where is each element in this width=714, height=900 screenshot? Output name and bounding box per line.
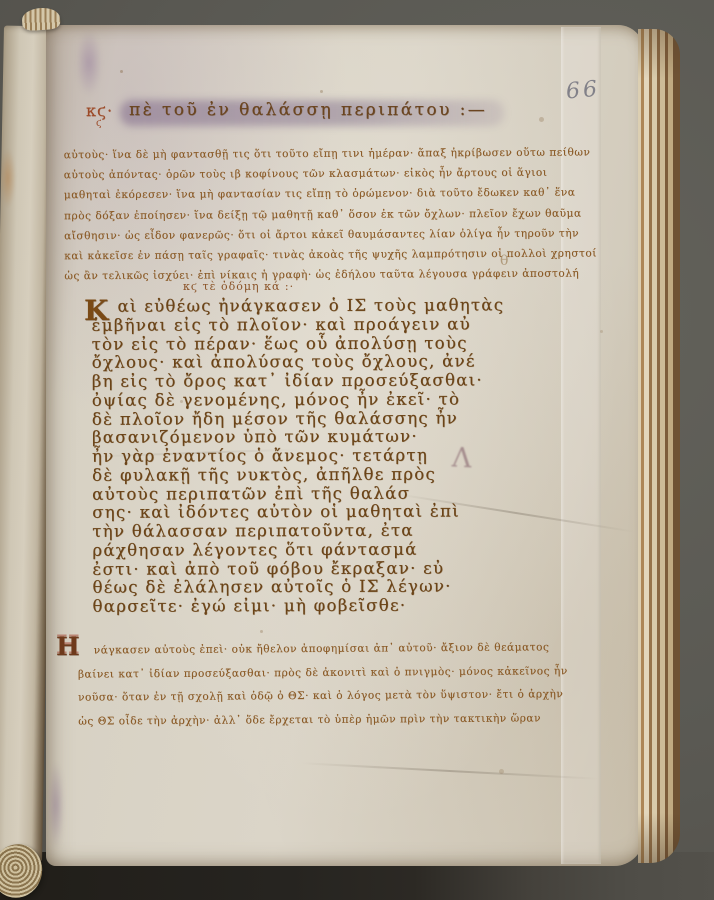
commentary-line: αὐτοὺς· ἵνα δὲ μὴ φαντασθῇ τις ὅτι τοῦτο…	[64, 143, 522, 166]
gospel-line: αὶ εὐθέως ἠνάγκασεν ὁ ΙΣ τοὺς μαθητὰς	[91, 296, 515, 316]
ink-bleed-mark	[0, 148, 16, 208]
gospel-line: θέως δὲ ἐλάλησεν αὐτοῖς ὁ ΙΣ λέγων·	[92, 578, 516, 598]
commentary-line: καὶ κἀκεῖσε ἐν πάσῃ ταῖς γραφαῖς· τινὰς …	[64, 244, 522, 267]
margin-stain-lambda: Λ	[451, 443, 472, 475]
gospel-line: ἐμβῆναι εἰς τὸ πλοῖον· καὶ προάγειν αὐ	[92, 315, 516, 335]
gospel-line: ἐστι· καὶ ἀπὸ τοῦ φόβου ἔκραξαν· εὐ	[92, 559, 516, 579]
folio-number: 66	[565, 77, 601, 105]
commentary-line: αἴσθησιν· ὡς εἶδον φανερῶς· ὅτι οἱ ἄρτοι…	[64, 224, 522, 247]
commentary-line: ὡς ΘΣ οἶδε τὴν ἀρχὴν· ἀλλ᾽ ὅδε ἔρχεται τ…	[78, 707, 528, 734]
chapter-number-flourish: ϛ	[96, 118, 102, 129]
chapter-title: πὲ τοῦ ἐν θαλάσσῃ περιπάτου :—	[129, 100, 487, 120]
commentary-initial-eta: Η	[56, 632, 80, 661]
gospel-line: θαρσεῖτε· ἐγώ εἰμι· μὴ φοβεῖσθε·	[92, 596, 516, 616]
gospel-line: σης· καὶ ἰδόντες αὐτὸν οἱ μαθηταὶ ἐπὶ	[92, 503, 516, 523]
commentary-line: βαίνει κατ᾽ ἰδίαν προσεύξασθαι· πρὸς δὲ …	[78, 660, 528, 687]
commentary-line: νάγκασεν αὐτοὺς ἐπεὶ· οὐκ ἤθελον ἀποφημί…	[78, 636, 528, 663]
commentary-line: νοῦσα· ὅταν ἐν τῇ σχολῇ καὶ ὁδῷ ὁ ΘΣ· κα…	[78, 684, 528, 711]
gospel-line: τὴν θάλασσαν περιπατοῦντα, ἐτα	[92, 521, 516, 541]
purple-stain-gutter	[48, 762, 64, 848]
margin-letter-theta: θ	[500, 253, 508, 269]
page-edge-stack	[638, 29, 680, 863]
commentary-block-top: αὐτοὺς· ἵνα δὲ μὴ φαντασθῇ τις ὅτι τοῦτο…	[64, 143, 523, 287]
commentary-block-bottom: νάγκασεν αὐτοὺς ἐπεὶ· οὐκ ἤθελον ἀποφημί…	[78, 636, 529, 734]
commentary-line: μαθηταὶ ἐκόρεσεν· ἵνα μὴ φαντασίαν τις ε…	[64, 183, 522, 206]
gospel-line: ὀψίας δὲ γενομένης, μόνος ἦν ἐκεῖ· τὸ	[92, 390, 516, 410]
gospel-line: βη εἰς τὸ ὄρος κατ᾽ ἰδίαν προσεύξασθαι·	[92, 371, 516, 391]
gospel-line: δὲ πλοῖον ἤδη μέσον τῆς θαλάσσης ἦν	[92, 409, 516, 429]
headband-thread-top	[21, 7, 60, 32]
gospel-line: ράχθησαν λέγοντες ὅτι φάντασμά	[92, 540, 516, 560]
ink-specks	[120, 70, 123, 73]
commentary-line: αὐτοὺς ἀπόντας· ὁρῶν τοὺς ιβ κοφίνους τῶ…	[64, 163, 522, 186]
purple-stain-top-left	[76, 30, 102, 96]
lection-rubric: κϛ τὲ ὀδόμη κά :·	[183, 280, 294, 293]
commentary-line: πρὸς δόξαν ἐποίησεν· ἵνα δείξῃ τῷ μαθητῇ…	[64, 203, 522, 226]
